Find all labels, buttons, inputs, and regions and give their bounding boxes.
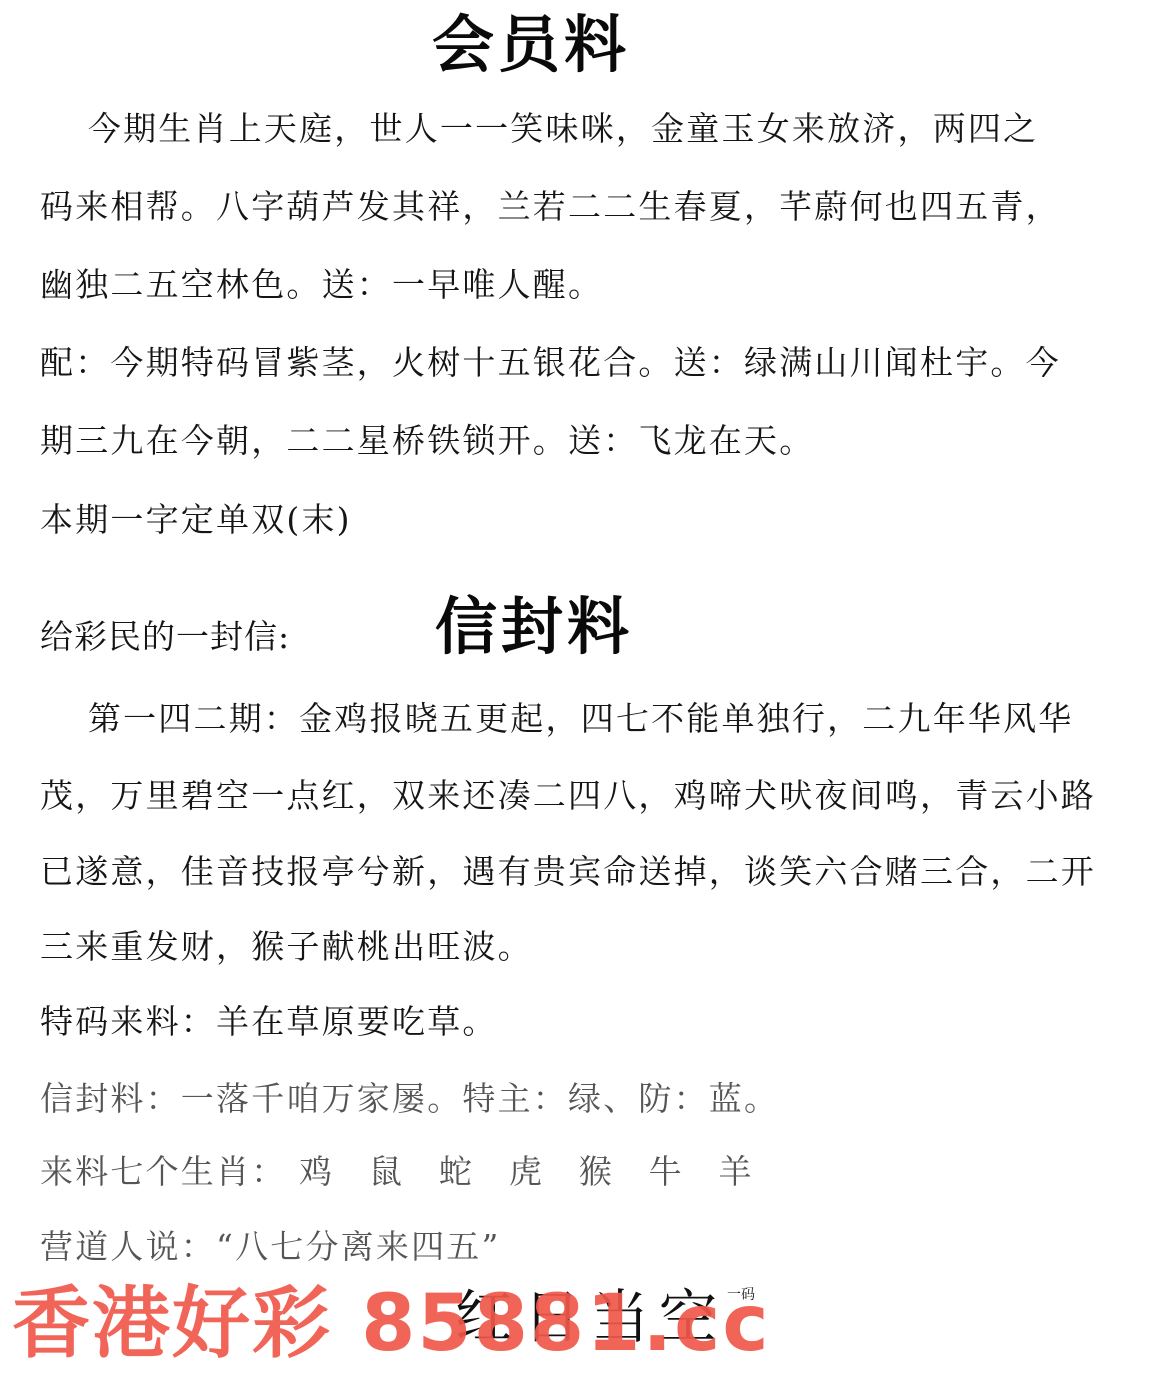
member-line-1: 今期生肖上天庭，世人一一笑味咪，金童玉女来放济，两四之 [40, 112, 1038, 145]
member-line-4: 配：今期特码冒紫茎，火树十五银花合。送：绿满山川闻杜宇。今 [40, 346, 1061, 379]
seven-zodiacs-label: 来料七个生肖： [40, 1152, 286, 1191]
zodiac-item: 蛇 [439, 1152, 474, 1191]
zodiac-item: 猴 [579, 1152, 614, 1191]
envelope-line-4: 三来重发财，猴子献桃出旺波。 [40, 930, 533, 963]
taoist-saying-line: 营道人说：“八七分离来四五” [40, 1230, 501, 1263]
letter-intro-label: 给彩民的一封信: [40, 620, 290, 653]
special-code-line: 特码来料：羊在草原要吃草。 [40, 1005, 498, 1038]
member-line-5: 期三九在今朝，二二星桥铁锁开。送：飞龙在天。 [40, 424, 814, 457]
zodiac-item: 鼠 [369, 1152, 404, 1191]
watermark: 香港好彩 85881.cc [12, 1285, 771, 1363]
zodiac-item: 虎 [509, 1152, 544, 1191]
zodiac-item: 牛 [649, 1152, 684, 1191]
envelope-line-3: 已遂意，佳音技报亭兮新，遇有贵宾命送掉，谈笑六合赌三合，二开 [40, 855, 1096, 888]
zodiac-item: 羊 [719, 1152, 754, 1191]
zodiac-item: 鸡 [299, 1152, 334, 1191]
member-line-2: 码来相帮。八字葫芦发其祥，兰若二二生春夏，芊蔚何也四五青， [40, 190, 1061, 223]
envelope-line-2: 茂，万里碧空一点红，双来还凑二四八，鸡啼犬吠夜间鸣，青云小路 [40, 779, 1096, 812]
seven-zodiacs-line: 来料七个生肖： 鸡 鼠 蛇 虎 猴 牛 羊 [40, 1155, 754, 1188]
member-title: 会员料 [432, 14, 630, 76]
envelope-title: 信封料 [435, 596, 633, 658]
member-line-3: 幽独二五空林色。送：一早唯人醒。 [40, 268, 603, 301]
envelope-line-1: 第一四二期：金鸡报晓五更起，四七不能单独行，二九年华风华 [40, 702, 1074, 735]
envelope-tip-line: 信封料：一落千咱万家屡。特主：绿、防：蓝。 [40, 1082, 779, 1115]
member-line-6: 本期一字定单双(末) [40, 503, 352, 536]
